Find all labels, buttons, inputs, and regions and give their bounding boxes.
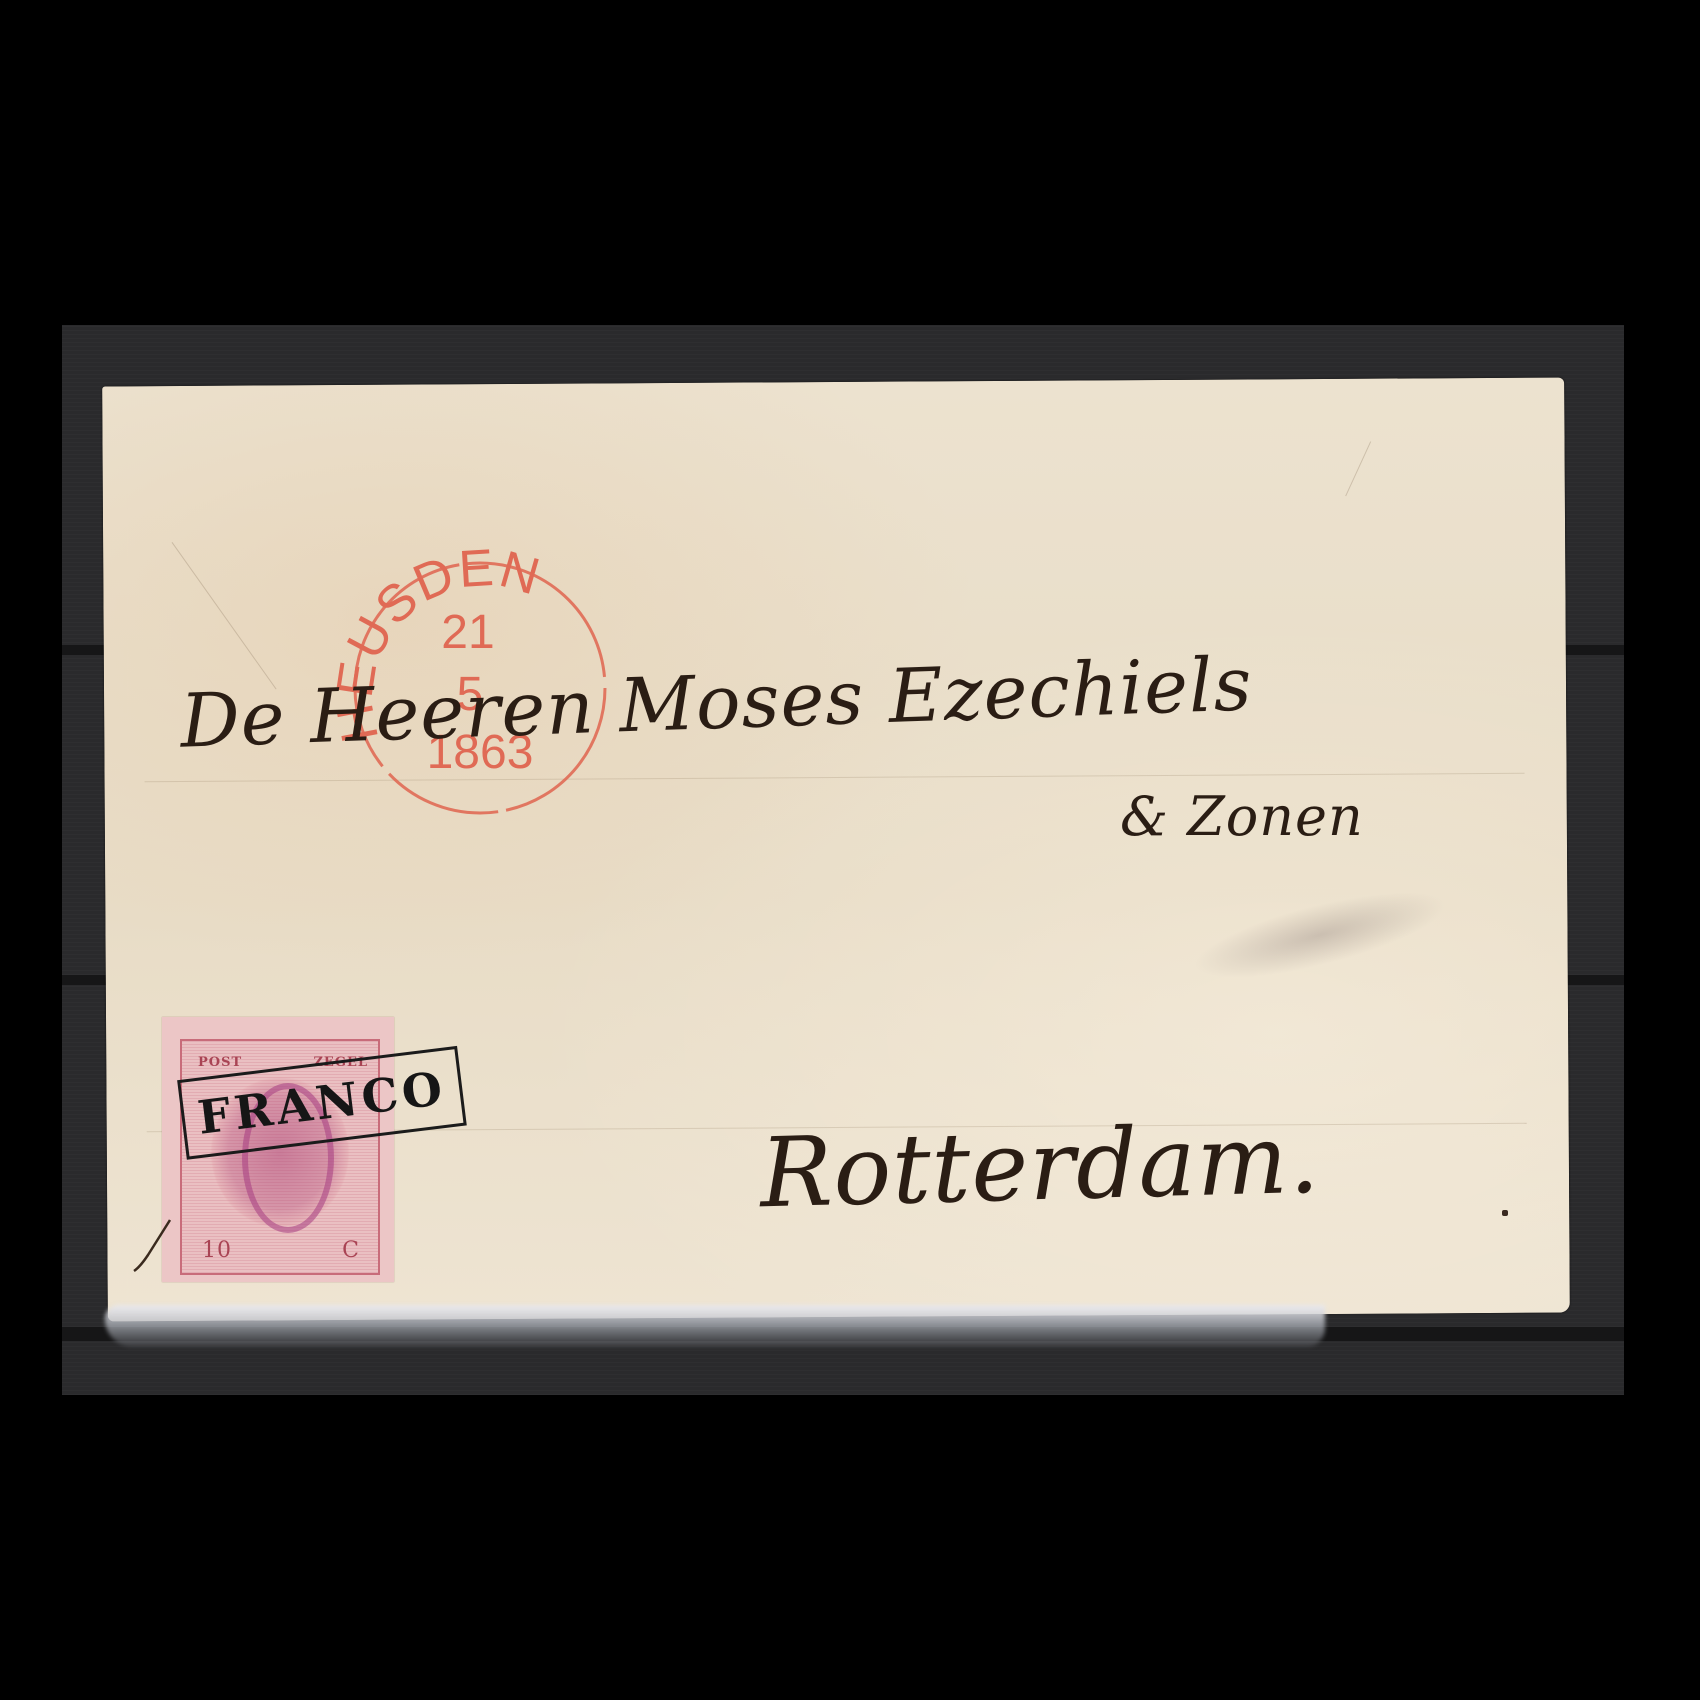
stamp-label-post: POST — [198, 1055, 242, 1070]
pen-stroke-icon — [130, 1215, 180, 1285]
address-city: Rotterdam. — [759, 1103, 1322, 1230]
stamp-currency: C — [342, 1238, 360, 1263]
paper-crease — [1345, 441, 1371, 496]
mount-strip-reflection — [105, 1305, 1325, 1347]
paper-crease — [172, 542, 277, 689]
stamp-value: 10 — [202, 1238, 232, 1263]
address-company-suffix: & Zonen — [1120, 785, 1364, 848]
postmark-day: 21 — [441, 606, 494, 659]
ink-dot — [1502, 1210, 1508, 1216]
